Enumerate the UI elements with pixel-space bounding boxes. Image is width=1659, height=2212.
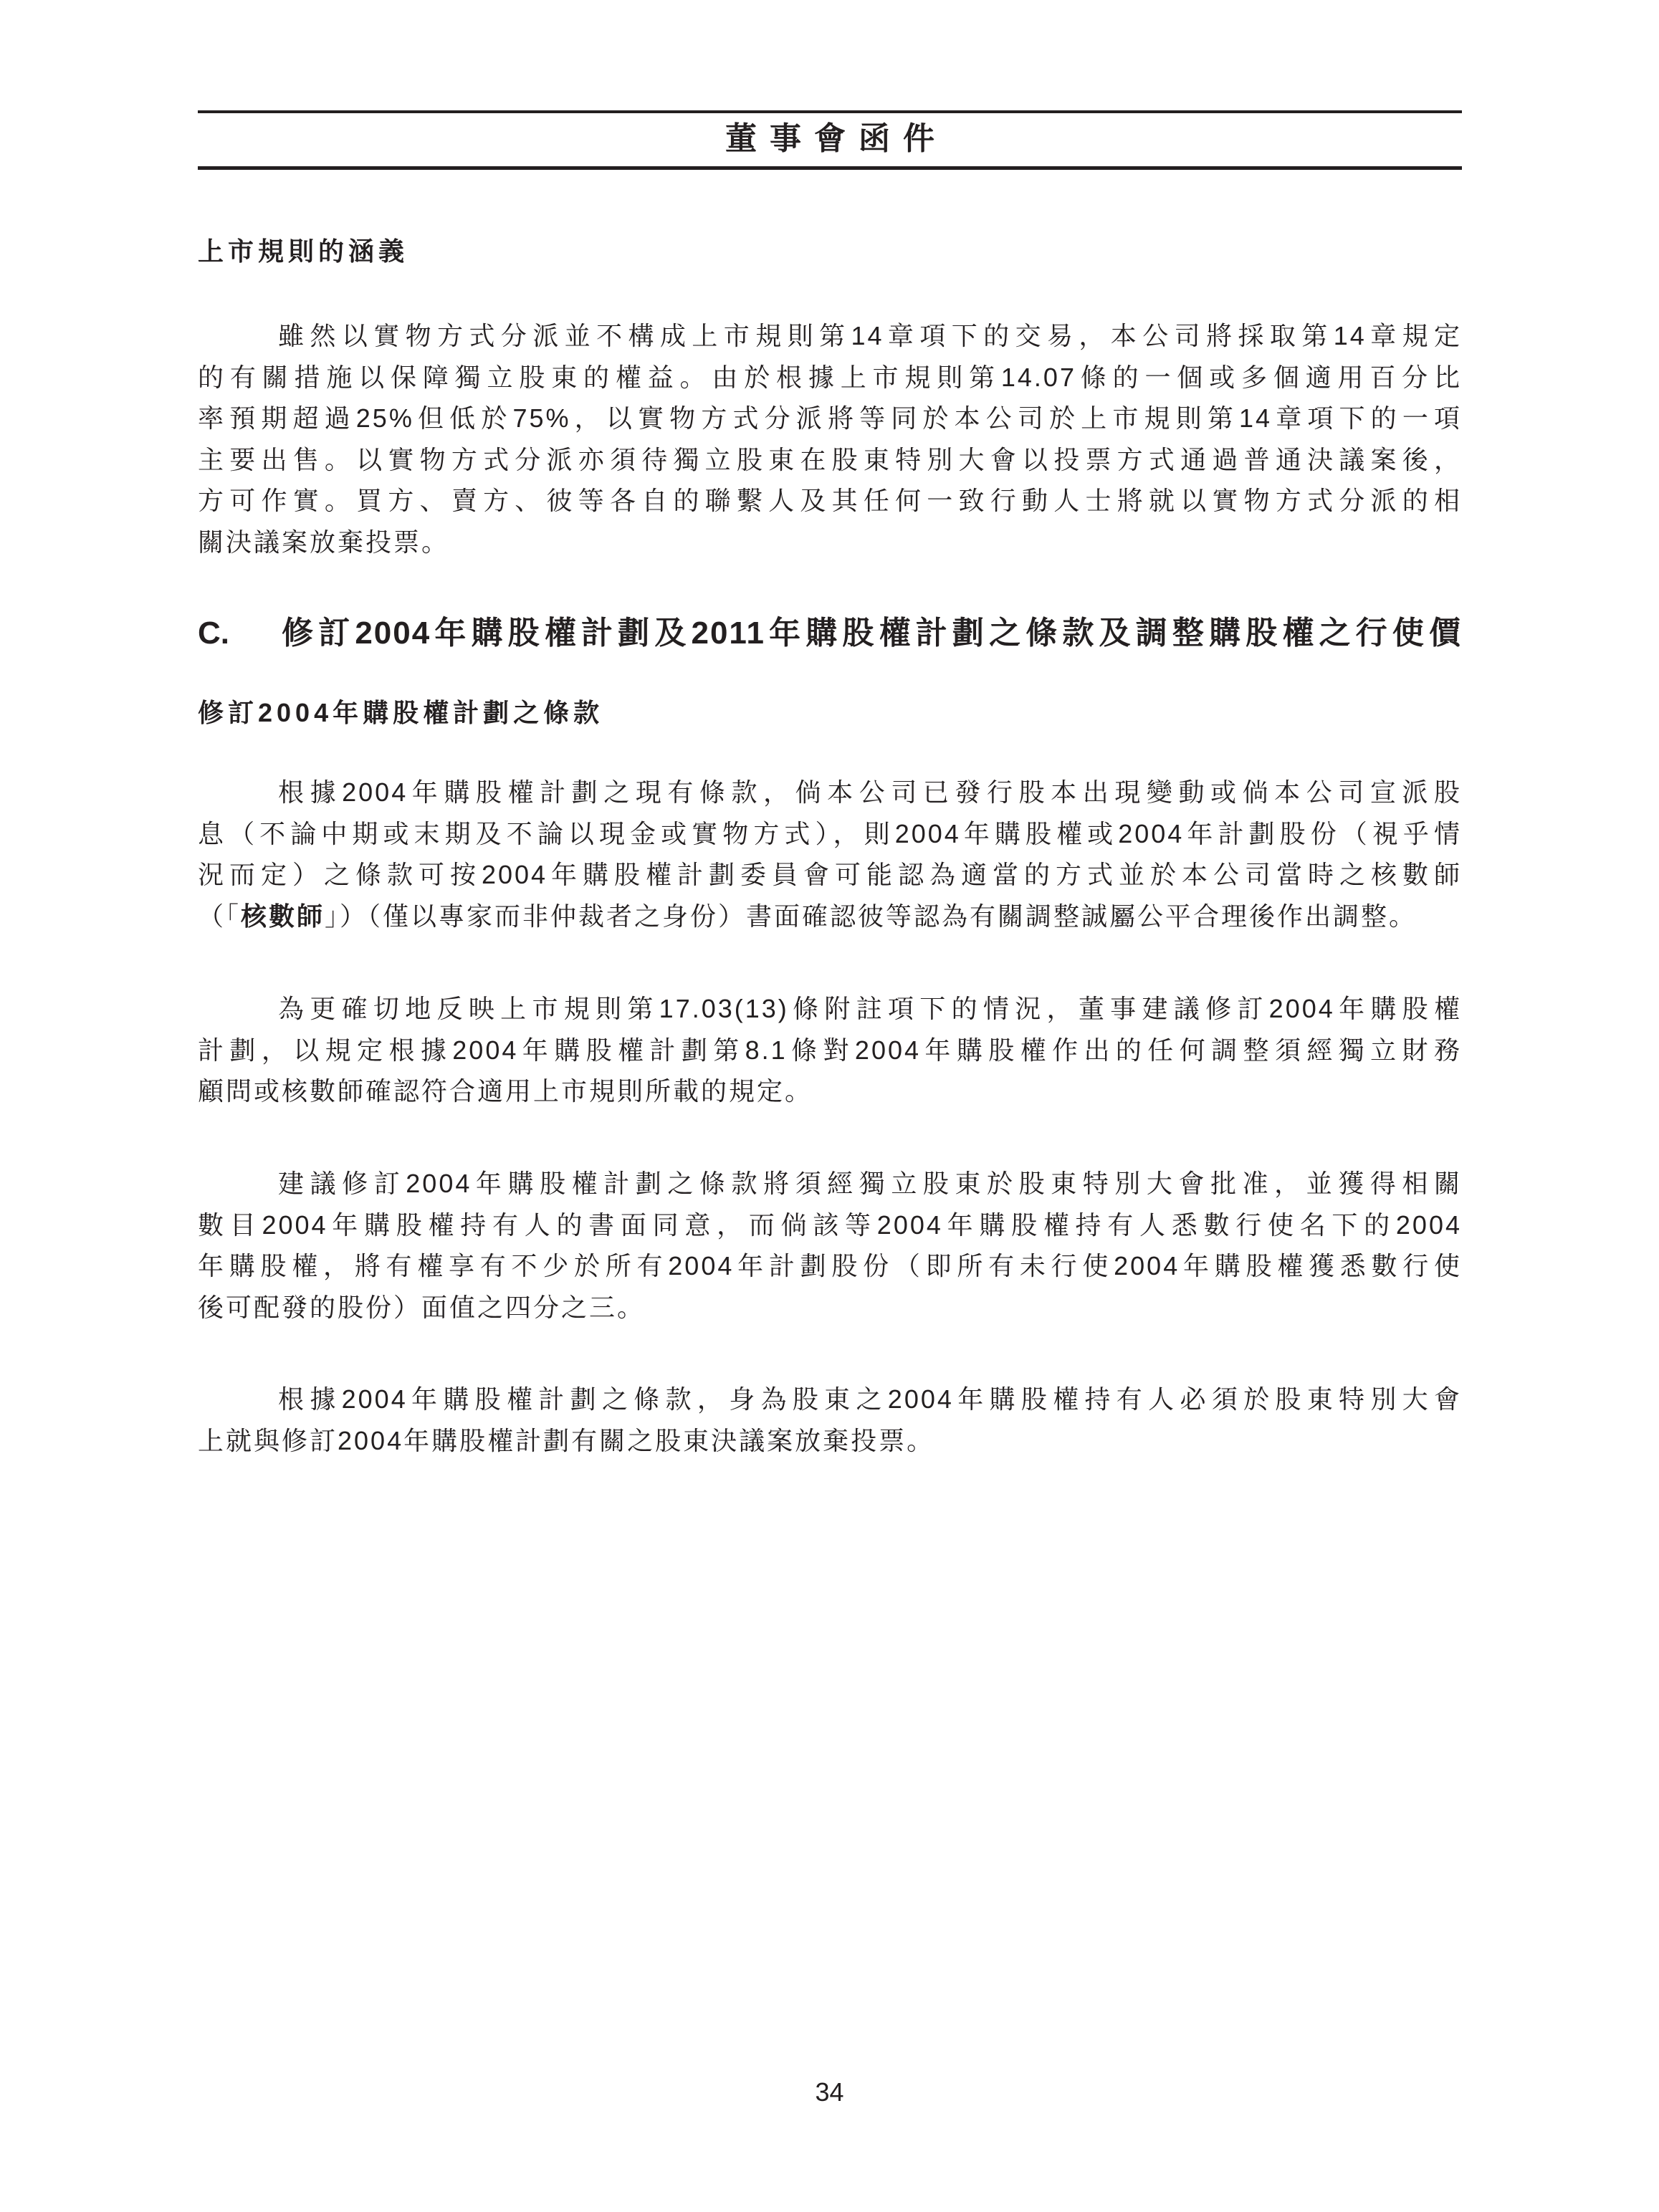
text-line: （「核數師」）（僅以專家而非仲裁者之身份）書面確認彼等認為有關調整誠屬公平合理後…: [198, 896, 1462, 937]
bracket-open: （「: [198, 901, 241, 931]
paragraph-proposed-amendment: 為更確切地反映上市規則第17.03(13)條附註項下的情況，董事建議修訂2004…: [198, 988, 1462, 1112]
text-line: 上就與修訂2004年購股權計劃有關之股東決議案放棄投票。: [198, 1420, 1462, 1462]
paragraph-abstain-voting: 根據2004年購股權計劃之條款，身為股東之2004年購股權持有人必須於股東特別大…: [198, 1379, 1462, 1461]
text-line: 雖然以實物方式分派並不構成上市規則第14章項下的交易，本公司將採取第14章規定: [198, 315, 1462, 357]
text-line: 建議修訂2004年購股權計劃之條款將須經獨立股東於股東特別大會批准，並獲得相關: [198, 1163, 1462, 1205]
defined-term-auditors: 核數師: [241, 901, 325, 931]
text-line: 的有關措施以保障獨立股東的權益。由於根據上市規則第14.07條的一個或多個適用百…: [198, 357, 1462, 398]
text-line: 數目2004年購股權持有人的書面同意，而倘該等2004年購股權持有人悉數行使名下…: [198, 1205, 1462, 1246]
text-line: 主要出售。以實物方式分派亦須待獨立股東在股東特別大會以投票方式通過普通決議案後，: [198, 439, 1462, 481]
header-top-rule: [198, 110, 1462, 113]
text-line: 計劃，以規定根據2004年購股權計劃第8.1條對2004年購股權作出的任何調整須…: [198, 1030, 1462, 1071]
text-line: 率預期超過25%但低於75%，以實物方式分派將等同於本公司於上市規則第14章項下…: [198, 398, 1462, 439]
page-title: 董事會函件: [198, 118, 1462, 161]
text-line: 方可作實。買方、賣方、彼等各自的聯繫人及其任何一致行動人士將就以實物方式分派的相: [198, 480, 1462, 522]
paragraph-approval-requirements: 建議修訂2004年購股權計劃之條款將須經獨立股東於股東特別大會批准，並獲得相關 …: [198, 1163, 1462, 1328]
paragraph-existing-terms: 根據2004年購股權計劃之現有條款，倘本公司已發行股本出現變動或倘本公司宣派股 …: [198, 772, 1462, 937]
text-line: 況而定）之條款可按2004年購股權計劃委員會可能認為適當的方式並於本公司當時之核…: [198, 854, 1462, 896]
text-line: 年購股權，將有權享有不少於所有2004年計劃股份（即所有未行使2004年購股權獲…: [198, 1245, 1462, 1287]
text-line: 後可配發的股份）面值之四分之三。: [198, 1287, 1462, 1328]
subheading-listing-rules: 上市規則的涵義: [198, 235, 1462, 268]
text-line: 息（不論中期或末期及不論以現金或實物方式），則2004年購股權或2004年計劃股…: [198, 813, 1462, 855]
text-line: 關決議案放棄投票。: [198, 522, 1462, 563]
section-letter: C.: [198, 615, 282, 652]
bracket-close-text: 」）（僅以專家而非仲裁者之身份）書面確認彼等認為有關調整誠屬公平合理後作出調整。: [325, 901, 1417, 931]
text-line: 顧問或核數師確認符合適用上市規則所載的規定。: [198, 1071, 1462, 1112]
page-number: 34: [0, 2077, 1659, 2108]
paragraph-listing-rules: 雖然以實物方式分派並不構成上市規則第14章項下的交易，本公司將採取第14章規定 …: [198, 315, 1462, 562]
section-c-heading: C. 修訂2004年購股權計劃及2011年購股權計劃之條款及調整購股權之行使價: [198, 615, 1462, 652]
header-bottom-rule: [198, 166, 1462, 170]
subheading-amend-2004-scheme: 修訂2004年購股權計劃之條款: [198, 696, 1462, 729]
text-line: 為更確切地反映上市規則第17.03(13)條附註項下的情況，董事建議修訂2004…: [198, 988, 1462, 1030]
text-line: 根據2004年購股權計劃之現有條款，倘本公司已發行股本出現變動或倘本公司宣派股: [198, 772, 1462, 813]
section-title: 修訂2004年購股權計劃及2011年購股權計劃之條款及調整購股權之行使價: [282, 615, 1462, 652]
text-line: 根據2004年購股權計劃之條款，身為股東之2004年購股權持有人必須於股東特別大…: [198, 1379, 1462, 1420]
